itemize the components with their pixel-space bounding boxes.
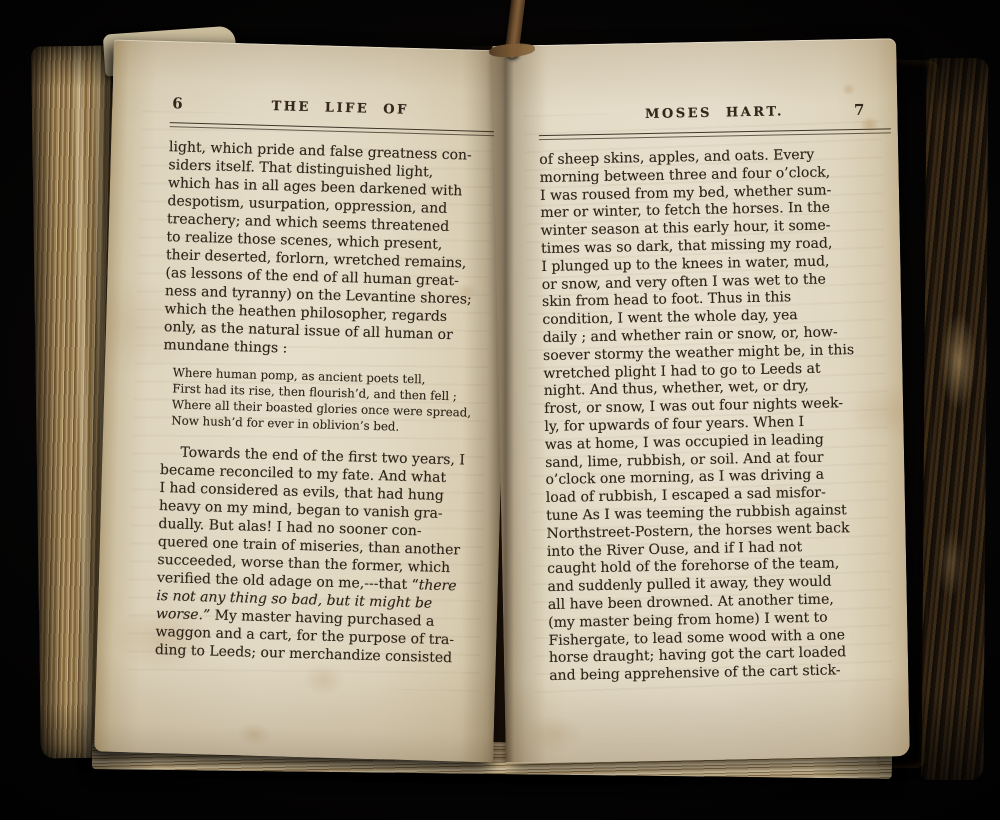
right-page-header: MOSES HART.7 <box>538 102 890 131</box>
left-paragraph-1: light, which pride and false greatness c… <box>163 138 509 363</box>
left-verse-quotation: Where human pomp, as ancient poets tell,… <box>171 364 503 437</box>
right-running-header: MOSES HART. <box>538 102 890 124</box>
left-paragraph-2-start: Towards the end of the first two years, … <box>157 445 465 594</box>
right-paragraph-1: of sheep skins, apples, and oats. Every … <box>539 145 901 686</box>
right-page-number: 7 <box>854 101 865 119</box>
right-page-text-column: MOSES HART.7 of sheep skins, apples, and… <box>538 102 901 686</box>
bookmark-string <box>504 0 526 59</box>
right-header-rule <box>539 128 891 140</box>
left-running-header: THE LIFE OF <box>170 96 510 120</box>
left-page: 6THE LIFE OF light, which pride and fals… <box>94 40 513 763</box>
right-page: MOSES HART.7 of sheep skins, apples, and… <box>492 38 910 764</box>
photo-background: 6THE LIFE OF light, which pride and fals… <box>0 0 1000 820</box>
left-paragraph-2: Towards the end of the first two years, … <box>155 443 501 668</box>
left-page-text-column: 6THE LIFE OF light, which pride and fals… <box>155 96 511 668</box>
